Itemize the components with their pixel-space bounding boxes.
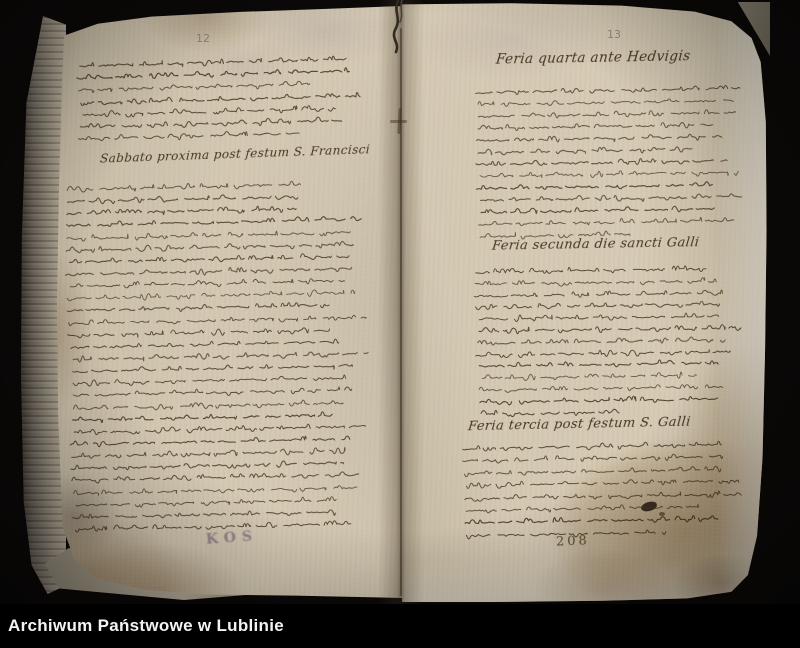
handwritten-paragraph [459,436,743,540]
folio-number-pencil-right: 13 [607,28,621,41]
folio-number-pencil-left: 12 [196,32,210,45]
section-heading-feria-quarta: Feria quarta ante Hedvigis [495,48,691,67]
spine-stitch-cross [390,120,407,123]
handwritten-paragraph [75,50,362,143]
caption-text: Archiwum Państwowe w Lublinie [0,616,284,636]
handwritten-paragraph [473,260,743,417]
handwritten-paragraph [473,80,744,240]
caption-bar: Archiwum Państwowe w Lublinie [0,604,800,648]
binding-thread [384,0,414,54]
folio-number-ink: 208 [556,533,590,549]
manuscript-photo: 12 Sabbato proxima post festum S. Franci… [0,0,800,604]
archive-scan-viewer: 12 Sabbato proxima post festum S. Franci… [0,0,800,648]
handwritten-paragraph [62,175,372,533]
